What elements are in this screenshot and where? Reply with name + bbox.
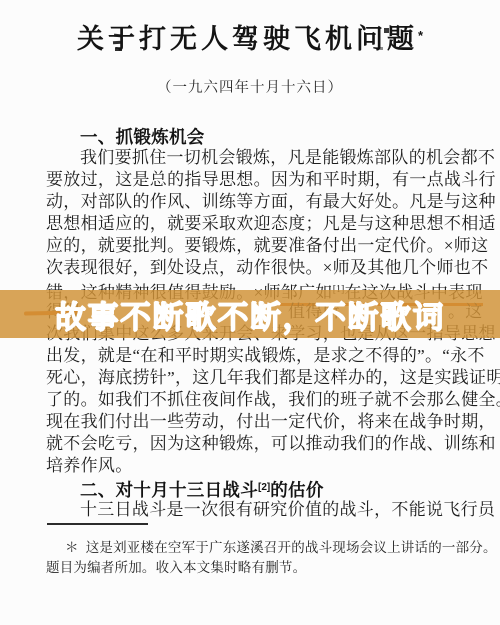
body-line: 就不会吃亏，因为这种锻炼，可以推动我们的作战、训练和 <box>46 434 458 454</box>
body-line: 次表现很好，到处设点，动作很快。×师及其他几个师也不 <box>46 258 458 278</box>
watermark-banner: 故事不断歌不断，不断歌词 <box>0 290 500 338</box>
footnote-separator <box>47 523 148 525</box>
body-line: 培养作风。 <box>46 456 458 476</box>
section-heading-2: 二、对十月十三日战斗[2]的估价 <box>80 478 492 500</box>
body-line: 现在我们付出一些劳动，付出一定代价，将来在战争时期， <box>46 412 458 432</box>
body-line: 了的。如我们不抓住夜间作战，我们的班子就不会那么健全。 <box>46 390 458 410</box>
document-page: 关于打无人驾驶飞机问题* （一九六四年十月十六日） 一、抓锻炼机会 我们要抓住一… <box>0 0 500 625</box>
heading-text: 二、对十月十三日战斗 <box>80 480 258 500</box>
footnote-ref-2: [2] <box>258 482 270 493</box>
body-line: 要放过，这是总的指导思想。因为和平时期，有一点战斗行 <box>46 170 458 190</box>
footnote-marker: ＊ <box>65 540 79 555</box>
page-title: 关于打无人驾驶飞机问题* <box>0 21 500 54</box>
body-line: 出发，就是“在和平时期实战锻炼，是求之不得的”。“永不 <box>46 346 458 366</box>
footnote-line: ＊这是刘亚楼在空军于广东遂溪召开的战斗现场会议上讲话的一部分。 <box>46 538 479 557</box>
page-title-text: 关于打无人驾驶飞机问题 <box>77 24 418 54</box>
section-heading-1: 一、抓锻炼机会 <box>80 127 492 147</box>
watermark-text: 故事不断歌不断，不断歌词 <box>55 292 445 337</box>
footnote-line: 题目为编者所加。收入本文集时略有删节。 <box>46 558 460 577</box>
footnote-text: 这是刘亚楼在空军于广东遂溪召开的战斗现场会议上讲话的一部分。 <box>86 540 497 555</box>
body-line: 我们要抓住一切机会锻炼，凡是能锻炼部队的机会都不 <box>80 148 492 168</box>
body-line: 应的，就要批判。要锻炼，就要准备付出一定代价。×师这 <box>46 236 458 256</box>
body-line: 思想相适应的，就要采取欢迎态度；凡是与这种思想不相适 <box>46 214 458 234</box>
body-line: 死心，海底捞针”，这几年我们都是这样办的，这是实践证明 <box>46 368 458 388</box>
title-footnote-marker: * <box>418 28 423 43</box>
date-line: （一九六四年十月十六日） <box>0 79 500 97</box>
body-line: 十三日战斗是一次很有研究价值的战斗，不能说飞行员 <box>80 500 492 520</box>
heading-text: 的估价 <box>270 480 323 500</box>
body-line: 动，对部队的作风、训练等方面，有最大好处。凡是与这种 <box>46 192 458 212</box>
